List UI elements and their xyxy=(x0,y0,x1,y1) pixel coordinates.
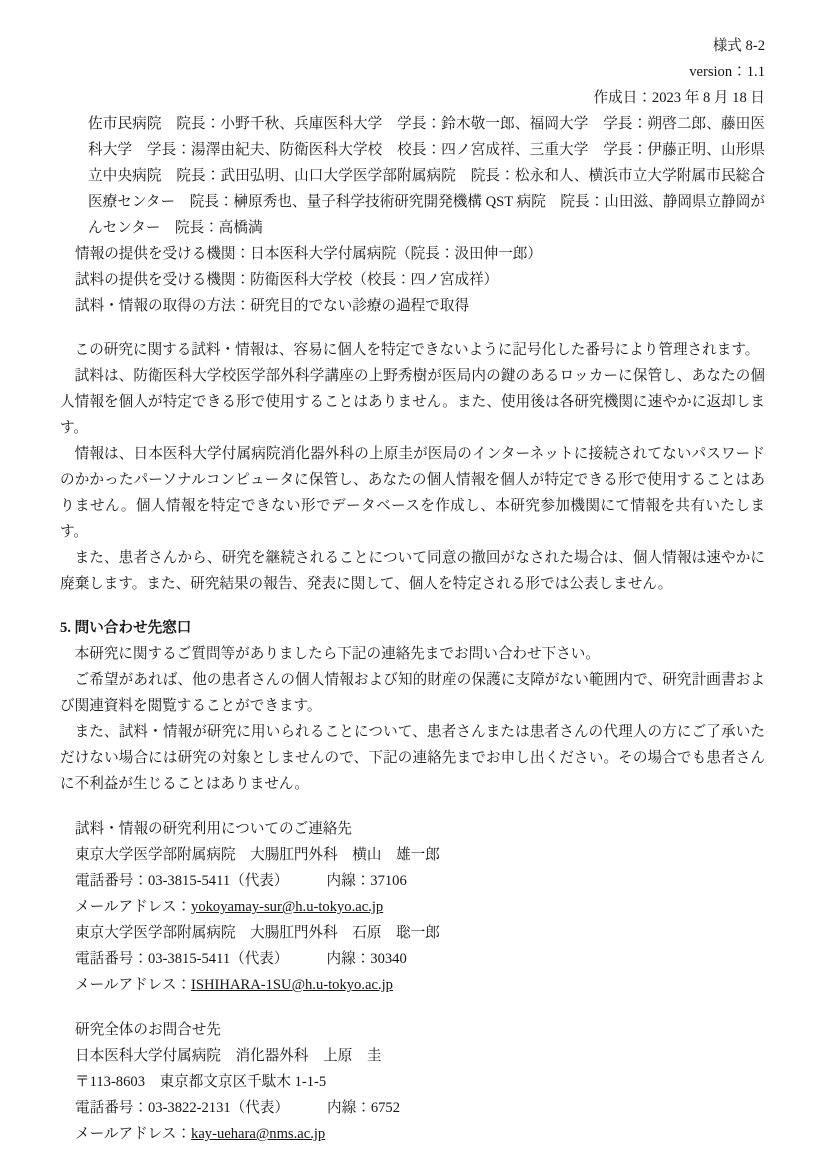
creation-date: 作成日：2023 年 8 月 18 日 xyxy=(60,85,765,111)
contact-block-title: 試料・情報の研究利用についてのご連絡先 xyxy=(75,816,765,842)
section5-paragraph: また、試料・情報が研究に用いられることについて、患者さんまたは患者さんの代理人の… xyxy=(60,719,765,797)
section5-body: 本研究に関するご質問等がありましたら下記の連絡先までお問い合わせ下さい。 ご希望… xyxy=(60,641,765,797)
contact-phone-line: 電話番号：03-3822-2131（代表）内線：6752 xyxy=(75,1095,765,1121)
document-header: 様式 8-2 version：1.1 作成日：2023 年 8 月 18 日 xyxy=(60,33,765,111)
document-page: 様式 8-2 version：1.1 作成日：2023 年 8 月 18 日 佐… xyxy=(0,0,827,1169)
email-link-ishihara[interactable]: ISHIHARA-1SU@h.u-tokyo.ac.jp xyxy=(191,977,393,993)
participating-institutions-list: 佐市民病院 院長：小野千秋、兵庫医科大学 学長：鈴木敬一郎、福岡大学 学長：朔啓… xyxy=(60,111,765,241)
extension-number: 内線：37106 xyxy=(327,873,407,889)
contact-phone-line: 電話番号：03-3815-5411（代表）内線：30340 xyxy=(75,946,765,972)
privacy-paragraph: 情報は、日本医科大学付属病院消化器外科の上原圭が医局のインターネットに接続されて… xyxy=(60,441,765,545)
phone-number: 電話番号：03-3822-2131（代表） xyxy=(75,1100,289,1116)
phone-number: 電話番号：03-3815-5411（代表） xyxy=(75,951,289,967)
version-label: version：1.1 xyxy=(60,59,765,85)
extension-number: 内線：6752 xyxy=(327,1100,400,1116)
form-code: 様式 8-2 xyxy=(60,33,765,59)
sample-recipient-line: 試料の提供を受ける機関：防衛医科大学校（校長：四ノ宮成祥） xyxy=(60,267,765,293)
privacy-paragraph: 試料は、防衛医科大学校医学部外科学講座の上野秀樹が医局内の鍵のあるロッカーに保管… xyxy=(60,363,765,441)
email-link-yokoyama[interactable]: yokoyamay-sur@h.u-tokyo.ac.jp xyxy=(191,899,383,915)
contact-block-research-use: 試料・情報の研究利用についてのご連絡先 東京大学医学部附属病院 大腸肛門外科 横… xyxy=(60,816,765,998)
contact-address: 〒113-8603 東京都文京区千駄木 1-1-5 xyxy=(75,1069,765,1095)
section5-paragraph: 本研究に関するご質問等がありましたら下記の連絡先までお問い合わせ下さい。 xyxy=(60,641,765,667)
phone-number: 電話番号：03-3815-5411（代表） xyxy=(75,873,289,889)
section5-paragraph: ご希望があれば、他の患者さんの個人情報および知的財産の保護に支障がない範囲内で、… xyxy=(60,667,765,719)
email-link-uehara[interactable]: kay-uehara@nms.ac.jp xyxy=(191,1126,325,1142)
contact-email-line: メールアドレス：yokoyamay-sur@h.u-tokyo.ac.jp xyxy=(75,894,765,920)
contact-email-line: メールアドレス：ISHIHARA-1SU@h.u-tokyo.ac.jp xyxy=(75,972,765,998)
contact-block-title: 研究全体のお問合せ先 xyxy=(75,1017,765,1043)
email-label: メールアドレス： xyxy=(75,977,191,993)
contact-affiliation: 東京大学医学部附属病院 大腸肛門外科 横山 雄一郎 xyxy=(75,842,765,868)
contact-affiliation: 東京大学医学部附属病院 大腸肛門外科 石原 聡一郎 xyxy=(75,920,765,946)
privacy-section: この研究に関する試料・情報は、容易に個人を特定できないように記号化した番号により… xyxy=(60,337,765,597)
privacy-paragraph: また、患者さんから、研究を継続されることについて同意の撤回がなされた場合は、個人… xyxy=(60,545,765,597)
contact-email-line: メールアドレス：kay-uehara@nms.ac.jp xyxy=(75,1121,765,1147)
contact-affiliation: 日本医科大学付属病院 消化器外科 上原 圭 xyxy=(75,1043,765,1069)
acquisition-method-line: 試料・情報の取得の方法：研究目的でない診療の過程で取得 xyxy=(60,293,765,319)
email-label: メールアドレス： xyxy=(75,899,191,915)
section5-heading: 5. 問い合わせ先窓口 xyxy=(60,615,765,641)
contact-phone-line: 電話番号：03-3815-5411（代表）内線：37106 xyxy=(75,868,765,894)
contact-block-overall: 研究全体のお問合せ先 日本医科大学付属病院 消化器外科 上原 圭 〒113-86… xyxy=(60,1017,765,1147)
info-recipient-line: 情報の提供を受ける機関：日本医科大学付属病院（院長：汲田伸一郎） xyxy=(60,241,765,267)
email-label: メールアドレス： xyxy=(75,1126,191,1142)
privacy-paragraph: この研究に関する試料・情報は、容易に個人を特定できないように記号化した番号により… xyxy=(60,337,765,363)
extension-number: 内線：30340 xyxy=(327,951,407,967)
